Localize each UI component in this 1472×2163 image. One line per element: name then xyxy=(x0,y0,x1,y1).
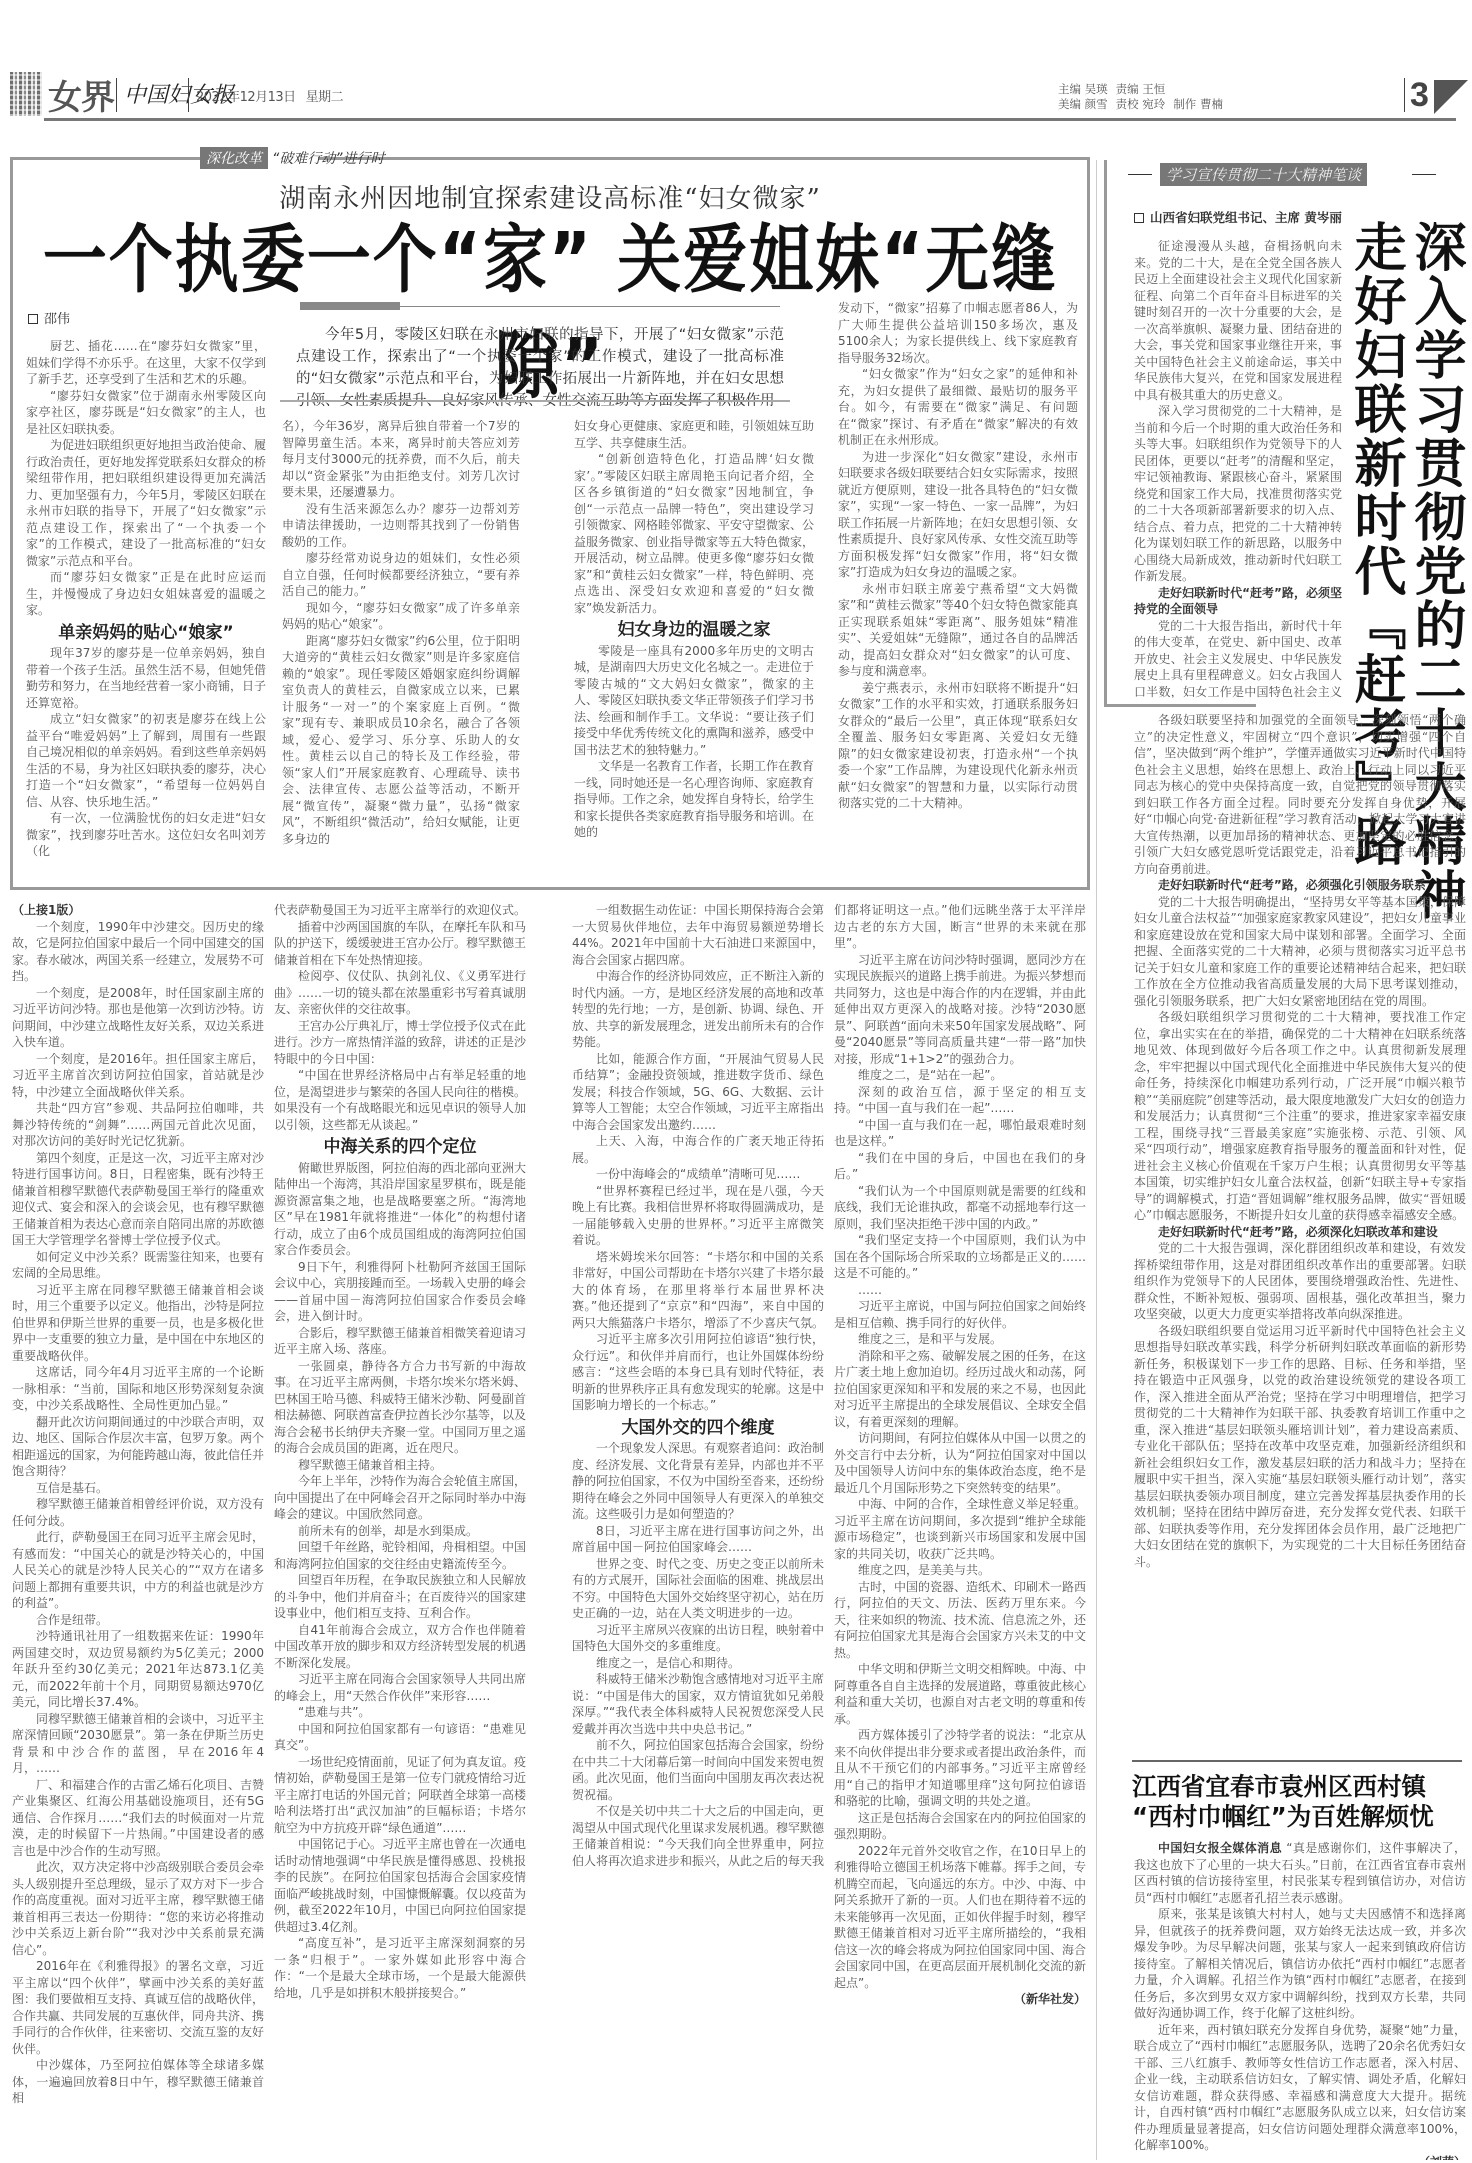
paragraph: 此次，双方决定将中沙高级别联合委员会牵头人级别提升至总理级，显示了双方对下一步合… xyxy=(12,1859,264,1958)
section-name: 女界 xyxy=(48,70,114,119)
paragraph: 而“廖芬妇女微家”正是在此时应运而生，并慢慢成了身边妇女姐妹喜爱的温暖之家。 xyxy=(26,569,266,619)
paragraph: 塔米姆埃米尔回答：“卡塔尔和中国的关系非常好，中国公司帮助在卡塔尔兴建了卡塔尔最… xyxy=(572,1249,824,1332)
brief-headline: 江西省宜春市袁州区西村镇 “西村巾帼红”为百姓解烦忧 xyxy=(1132,1772,1466,1832)
art-editor: 美编 颜雪 xyxy=(1058,97,1108,111)
brief-rule xyxy=(1132,1760,1462,1762)
paragraph: 党的二十大报告明确提出，“坚持男女平等基本国策，保障妇女儿童合法权益”“加强家庭… xyxy=(1134,894,1466,1010)
essay-column-wide: 各级妇联要坚持和加强党的全面领导，深刻领悟“两个确立”的决定性意义，牢固树立“四… xyxy=(1134,712,1466,1756)
paragraph: 今年上半年，沙特作为海合会轮值主席国，向中国提出了在中阿峰会召开之际同时举办中海… xyxy=(274,1473,526,1523)
brief-headline-line-1: 江西省宜春市袁州区西村镇 xyxy=(1132,1772,1466,1802)
brief-body: 中国妇女报全媒体消息 “真是感谢你们，这件事解决了，我这也放下了心里的一块大石头… xyxy=(1134,1840,1466,2160)
continued-from-tag: （上接1版） xyxy=(12,902,264,919)
paragraph: 成立“妇女微家”的初衷是廖芬在线上公益平台“唯爱妈妈”上了解到，周围有一些跟自己… xyxy=(26,711,266,810)
brief-signoff: （刘萌） xyxy=(1134,2154,1466,2161)
news-column-2: 代表萨勒曼国王为习近平主席举行的欢迎仪式。 插着中沙两国国旗的车队，在摩托车队和… xyxy=(274,902,526,2158)
paragraph: 9日下午，利雅得阿卜杜勒阿齐兹国王国际会议中心，宾朋接踵而至。一场载入史册的峰会… xyxy=(274,1259,526,1325)
column-tag-rule xyxy=(1412,174,1436,175)
producer: 制作 曹楠 xyxy=(1173,97,1223,111)
paragraph: “创新创造特色化，打造品牌‘妇女微家’。”零陵区妇联主席周艳玉向记者介绍，全区各… xyxy=(574,451,814,616)
paragraph: 西方媒体援引了沙特学者的说法：“北京从来不向伙伴提出非分要求或者提出政治条件，而… xyxy=(834,1727,1086,1810)
news-column-1: （上接1版） 一个刻度，1990年中沙建交。因历史的缘故，它是阿拉伯国家中最后一… xyxy=(12,902,264,2158)
paragraph: 访问期间，有阿拉伯媒体从中国一以贯之的外交言行中去分析，认为“阿拉伯国家对中国以… xyxy=(834,1430,1086,1496)
feature-column-4: 发动下，“微家”招募了巾帼志愿者86人，为广大师生提供公益培训150多场次，惠及… xyxy=(838,300,1078,883)
qr-code-icon[interactable] xyxy=(10,72,42,116)
paragraph: 各级妇联组织学习贯彻党的二十大精神，要找准工作定位，拿出实实在在的举措，确保党的… xyxy=(1134,1009,1466,1224)
paragraph: 一个刻度，是2008年，时任国家副主席的习近平访问沙特。那也是他第一次到访沙特。… xyxy=(12,985,264,1051)
paragraph: 一个现象发人深思。有观察者追问：政治制度、经济发展、文化背景有差异，内部也并不平… xyxy=(572,1440,824,1523)
paragraph: 维度之三，是和平与发展。 xyxy=(834,1331,1086,1348)
column-divider xyxy=(1096,160,1097,2160)
paragraph: 各级妇联要坚持和加强党的全面领导，深刻领悟“两个确立”的决定性意义，牢固树立“四… xyxy=(1134,712,1466,877)
divider xyxy=(188,78,189,112)
paragraph: 翻开此次访问期间通过的中沙联合声明，双边、地区、国际合作层次丰富，包罗万象。两个… xyxy=(12,1414,264,1480)
paragraph: 2022年元首外交收官之作，在10日早上的利雅得哈立德国王机场落下帷幕。挥手之间… xyxy=(834,1843,1086,1992)
paragraph: 廖芬经常劝说身边的姐妹们，女性必须自立自强，任何时候都要经济独立，“要有养活自己… xyxy=(282,550,520,600)
divider xyxy=(1404,78,1405,112)
paragraph: 党的二十大报告强调，深化群团组织改革和建设，有效发挥桥梁纽带作用，这是对群团组织… xyxy=(1134,1240,1466,1323)
paragraph: 古时，中国的瓷器、造纸术、印刷术一路西行，阿拉伯的天文、历法、医药万里东来。今天… xyxy=(834,1579,1086,1662)
paragraph: 习近平主席多次引用阿拉伯谚语“独行快，众行远”。和伙伴并肩而行，也让外国媒体纷纷… xyxy=(572,1331,824,1414)
responsible-editor: 责编 王恒 xyxy=(1116,82,1166,96)
paragraph: 王宫办公厅典礼厅，博士学位授予仪式在此进行。沙方一席热情洋溢的致辞，讲述的正是沙… xyxy=(274,1018,526,1068)
paragraph: “中国在世界经济格局中占有举足轻重的地位，是渴望进步与繁荣的各国人民向往的楷模。… xyxy=(274,1067,526,1133)
paragraph: 比如，能源合作方面，“开展油气贸易人民币结算”；金融投资领域，推进数字货币、绿色… xyxy=(572,1051,824,1134)
paragraph: 各级妇联组织要自觉运用习近平新时代中国特色社会主义思想指导妇联改革实践，科学分析… xyxy=(1134,1323,1466,1571)
paragraph: 中沙媒体，乃至阿拉伯媒体等全球诸多媒体，一遍遍回放着8日中午，穆罕默德王储兼首相 xyxy=(12,2057,264,2107)
paragraph: “我们认为一个中国原则就是需要的红线和底线，我们无论谁执政，都毫不动摇地奉行这一… xyxy=(834,1183,1086,1233)
paragraph: 中海、中阿的合作，全球性意义举足轻重。习近平主席在访问期间，多次提到“维护全球能… xyxy=(834,1496,1086,1562)
paragraph: 同穆罕默德王储兼首相的会谈中，习近平主席深情回顾“2030愿景”。第一条在伊斯兰… xyxy=(12,1711,264,1777)
paragraph: 妇女身心更健康、家庭更和睦，引领姐妹互助互学、共享健康生活。 xyxy=(574,418,814,451)
section-heading: 妇女身边的温暖之家 xyxy=(574,622,814,639)
paragraph: 不仅是关切中共二十大之后的中国走向，更渴望从中国式现代化里谋求发展机遇。穆罕默德… xyxy=(572,1803,824,1869)
paragraph: 中华文明和伊斯兰文明交相辉映。中海、中阿尊重各自自主选择的发展道路，尊重彼此核心… xyxy=(834,1661,1086,1727)
masthead: 女界 中国妇女报 2022年12月13日星期二 主编 吴瑛责编 王恒 美编 颜雪… xyxy=(8,72,1464,124)
paragraph: 互信是基石。 xyxy=(12,1480,264,1497)
paragraph: 维度之一，是信心和期待。 xyxy=(572,1655,824,1672)
column-tag: 学习宣传贯彻二十大精神笔谈 xyxy=(1160,163,1367,186)
paragraph: 征途漫漫从头越，奋楫扬帆向未来。党的二十大，是在全党全国各族人民迈上全面建设社会… xyxy=(1134,238,1342,403)
paragraph: 检阅亭、仪仗队、执剑礼仪、《义勇军进行曲》……一切的镜头都在浓墨重彩书写着真诚朋… xyxy=(274,968,526,1018)
paragraph: 穆罕默德王储兼首相主持。 xyxy=(274,1457,526,1474)
author-name: 邵伟 xyxy=(44,312,70,327)
paragraph: 中国和阿拉伯国家都有一句谚语：“患难见真交”。 xyxy=(274,1721,526,1754)
essay-subheading: 走好妇联新时代“赶考”路，必须坚持党的全面领导 xyxy=(1134,585,1342,618)
paragraph: 代表萨勒曼国王为习近平主席举行的欢迎仪式。 xyxy=(274,902,526,919)
summary-rule xyxy=(280,400,790,402)
column-tag-rule xyxy=(1128,174,1152,175)
paragraph: 这正是包括海合会国家在内的阿拉伯国家的强烈期盼。 xyxy=(834,1810,1086,1843)
paragraph: 深刻的政治互信，源于坚定的相互支持。“中国一直与我们在一起”…… xyxy=(834,1084,1086,1117)
paragraph: 前所未有的创举，却是水到渠成。 xyxy=(274,1523,526,1540)
paragraph: 党的二十大报告指出，新时代十年的伟大变革，在党史、新中国史、改革开放史、社会主义… xyxy=(1134,618,1342,699)
paragraph: 消除和平之殇、破解发展之困的任务，在这片广袤土地上愈加迫切。经历过战火和动荡，阿… xyxy=(834,1348,1086,1431)
paragraph: 一场世纪疫情面前，见证了何为真友谊。疫情初始，萨勒曼国王是第一位专门就疫情给习近… xyxy=(274,1754,526,1837)
kicker: 深化改革“破难行动”进行时 xyxy=(200,147,385,169)
essay-box-rule xyxy=(1104,160,1107,707)
author-name: 山西省妇联党组书记、主席 黄岑丽 xyxy=(1150,210,1342,225)
paragraph: 习近平主席在同海合会国家领导人共同出席的峰会上，用“天然合作伙伴”来形容…… xyxy=(274,1671,526,1704)
paragraph: 一组数据生动佐证：中国长期保持海合会第一大贸易伙伴地位，去年中海贸易额逆势增长4… xyxy=(572,902,824,968)
paragraph: 插着中沙两国国旗的车队，在摩托车队和马队的护送下，缓缓驶进王宫办公厅。穆罕默德王… xyxy=(274,919,526,969)
paragraph: 习近平主席夙兴夜寐的出访日程，映射着中国特色大国外交的多重维度。 xyxy=(572,1622,824,1655)
essay-column-narrow: 征途漫漫从头越，奋楫扬帆向未来。党的二十大，是在全党全国各族人民迈上全面建设社会… xyxy=(1134,238,1342,698)
paragraph: 一个刻度，是2016年。担任国家主席后，习近平主席首次到访阿拉伯国家，首站就是沙… xyxy=(12,1051,264,1101)
paragraph: 合作是纽带。 xyxy=(12,1612,264,1629)
paragraph: 维度之四，是美美与共。 xyxy=(834,1562,1086,1579)
paragraph: 上天、入海，中海合作的广袤天地正待拓展。 xyxy=(572,1133,824,1166)
paragraph: 回望百年历程，在争取民族独立和人民解放的斗争中，他们并肩奋斗；在百废待兴的国家建… xyxy=(274,1572,526,1622)
paragraph: “我们坚定支持一个中国原则，我们认为中国在各个国际场合所采取的立场都是正义的……… xyxy=(834,1232,1086,1282)
paragraph: 深入学习贯彻党的二十大精神，是当前和今后一个时期的重大政治任务和头等大事。妇联组… xyxy=(1134,403,1342,585)
paragraph: 中国铭记于心。习近平主席也曾在一次通电话时动情地强调“中华民族是懂得感恩、投桃报… xyxy=(274,1836,526,1935)
paragraph: 回望千年丝路，驼铃相闻，舟楫相望。中国和海湾阿拉伯国家的交往经由史籍流传至今。 xyxy=(274,1539,526,1572)
paragraph: 科威特王储米沙勒饱含感情地对习近平主席说：“中国是伟大的国家，双方情谊犹如兄弟般… xyxy=(572,1671,824,1737)
editor-credits: 主编 吴瑛责编 王恒 美编 颜雪责校 宛玲制作 曹楠 xyxy=(1058,82,1231,112)
kicker-text: “破难行动”进行时 xyxy=(272,151,385,167)
essay-author: 山西省妇联党组书记、主席 黄岑丽 xyxy=(1134,208,1342,226)
paragraph: 自41年前海合会成立，双方合作也伴随着中国改革开放的脚步和双方经济转型发展的机遇… xyxy=(274,1622,526,1672)
paragraph: 为促进妇联组织更好地担当政治使命、履行政治责任，更好地发挥党联系妇女群众的桥梁纽… xyxy=(26,437,266,569)
summary-rule xyxy=(300,302,400,310)
divider xyxy=(116,78,117,112)
kicker-tag: 深化改革 xyxy=(200,147,268,169)
date: 2022年12月13日 xyxy=(196,90,296,105)
paragraph: 前不久，阿拉伯国家包括海合会国家，纷纷在中共二十大闭幕后第一时间向中国发来贺电贺… xyxy=(572,1737,824,1803)
paragraph: 没有生活来源怎么办？廖芬一边帮刘芳申请法律援助，一边则帮其找到了一份销售酸奶的工… xyxy=(282,501,520,551)
paragraph: “我们在中国的身后，中国也在我们的身后。” xyxy=(834,1150,1086,1183)
article-summary: 今年5月，零陵区妇联在永州市妇联的指导下，开展了“妇女微家”示范点建设工作，探索… xyxy=(296,324,784,412)
paragraph: 中海合作的经济协同效应，正不断注入新的时代内涵。一方，是地区经济发展的高地和改革… xyxy=(572,968,824,1051)
news-column-3: 一组数据生动佐证：中国长期保持海合会第一大贸易伙伴地位，去年中海贸易额逆势增长4… xyxy=(572,902,824,2158)
masthead-rule xyxy=(44,118,1456,121)
paragraph: …… xyxy=(834,1282,1086,1299)
paragraph: 一份中海峰会的“成绩单”清晰可见…… xyxy=(572,1166,824,1183)
paragraph: 8日，习近平主席在进行国事访问之外，出席首届中国－阿拉伯国家峰会…… xyxy=(572,1523,824,1556)
paragraph: 姜宁燕表示，永州市妇联将不断提升“妇女微家”工作的水平和实效，打通联系服务妇女群… xyxy=(838,680,1078,812)
paragraph: 厨艺、插花……在“廖芬妇女微家”里，姐妹们学得不亦乐乎。在这里，大家不仅学到了新… xyxy=(26,338,266,388)
paragraph: 此行，萨勒曼国王在同习近平主席会见时，有感而发：“中国关心的就是沙特关心的，中国… xyxy=(12,1529,264,1612)
proofreader: 责校 宛玲 xyxy=(1116,97,1166,111)
paragraph: 名），今年36岁，离异后独自带着一个7岁的智障男童生活。本来，离异时前夫答应刘芳… xyxy=(282,418,520,501)
paragraph: 世界之变、时代之变、历史之变正以前所未有的方式展开，国际社会面临的困难、挑战层出… xyxy=(572,1556,824,1622)
paragraph: 距离“廖芬妇女微家”约6公里，位于阳明大道旁的“黄桂云妇女微家”则是许多家庭信赖… xyxy=(282,633,520,848)
paragraph: “患难与共”。 xyxy=(274,1704,526,1721)
brief-dateline: 中国妇女报全媒体消息 xyxy=(1158,1841,1282,1855)
chief-editor: 主编 吴瑛 xyxy=(1058,82,1108,96)
summary-rule xyxy=(400,306,780,307)
page-corner-triangle-icon xyxy=(1434,80,1468,114)
paragraph: 厂、和福建合作的古雷乙烯石化项目、吉赞产业集聚区、红海公用基础设施项目，还有5G… xyxy=(12,1777,264,1860)
paragraph: 如何定义中沙关系？既需鉴往知来，也要有宏阔的全局思维。 xyxy=(12,1249,264,1282)
paragraph: 这席话，同今年4月习近平主席的一个论断一脉相承：“当前，国际和地区形势深刻复杂演… xyxy=(12,1364,264,1414)
brief-headline-line-2: “西村巾帼红”为百姓解烦忧 xyxy=(1132,1802,1466,1832)
paragraph: 习近平主席在访问沙特时强调，愿同沙方在实现民族振兴的道路上携手前进。为振兴梦想而… xyxy=(834,952,1086,1068)
paragraph: 习近平主席说，中国与阿拉伯国家之间始终是相互信赖、携手同行的好伙伴。 xyxy=(834,1298,1086,1331)
paragraph: 维度之二，是“站在一起”。 xyxy=(834,1067,1086,1084)
section-heading: 中海关系的四个定位 xyxy=(274,1139,526,1156)
paragraph: 零陵是一座具有2000多年历史的文明古城，是湖南四大历史文化名城之一。走进位于零… xyxy=(574,643,814,759)
essay-subheading: 走好妇联新时代“赶考”路，必须强化引领服务联系 xyxy=(1134,877,1466,894)
paragraph: 近年来，西村镇妇联充分发挥自身优势，凝聚“她”力量，联合成立了“西村巾帼红”志愿… xyxy=(1134,2022,1466,2154)
paragraph: 2016年在《利雅得报》的署名文章，习近平主席以“四个伙伴”，擘画中沙关系的美好… xyxy=(12,1958,264,2057)
paragraph: 共赴“四方宫”参观、共品阿拉伯咖啡，共舞沙特传统的“剑舞”……两国元首此次见面，… xyxy=(12,1100,264,1150)
essay-subheading: 走好妇联新时代“赶考”路，必须深化妇联改革和建设 xyxy=(1134,1224,1466,1241)
paragraph: 沙特通讯社用了一组数据来佐证：1990年两国建交时，双边贸易额约为5亿美元；20… xyxy=(12,1628,264,1711)
news-column-4: 们都将证明这一点。”他们远眺坐落于太平洋岸边古老的东方大国，断言“世界的未来就在… xyxy=(834,902,1086,2158)
paragraph: 发动下，“微家”招募了巾帼志愿者86人，为广大师生提供公益培训150多场次，惠及… xyxy=(838,300,1078,366)
news-signoff: （新华社发） xyxy=(834,1991,1086,2008)
box-top-rule xyxy=(318,157,1090,160)
paragraph: “妇女微家”作为“妇女之家”的延伸和补充，为妇女提供了最细微、最贴切的服务平台。… xyxy=(838,366,1078,449)
byline: 邵伟 xyxy=(28,308,70,327)
paragraph: 永州市妇联主席姜宁燕希望“文大妈微家”和“黄桂云微家”等40个妇女特色微家能真正… xyxy=(838,581,1078,680)
paragraph: 一个刻度，1990年中沙建交。因历史的缘故，它是阿拉伯国家中最后一个同中国建交的… xyxy=(12,919,264,985)
paragraph: 第四个刻度，正是这一次，习近平主席对沙特进行国事访问。8日，日程密集，既有沙特王… xyxy=(12,1150,264,1249)
page-number: 3 xyxy=(1410,76,1429,115)
paragraph: “廖芬妇女微家”位于湖南永州零陵区向家亭社区，廖芬既是“妇女微家”的主人，也是社… xyxy=(26,388,266,438)
paragraph: 习近平主席在同穆罕默德王储兼首相会谈时，用三个重要予以定义。他指出，沙特是阿拉伯… xyxy=(12,1282,264,1365)
square-bullet-icon xyxy=(28,314,38,324)
section-heading: 大国外交的四个维度 xyxy=(572,1420,824,1437)
paragraph: 们都将证明这一点。”他们远眺坐落于太平洋岸边古老的东方大国，断言“世界的未来就在… xyxy=(834,902,1086,952)
paragraph: “高度互补”，是习近平主席深刻洞察的另一条“归根于”。一家外媒如此形容中海合作：… xyxy=(274,1935,526,2001)
feature-column-1: 厨艺、插花……在“廖芬妇女微家”里，姐妹们学得不亦乐乎。在这里，大家不仅学到了新… xyxy=(26,338,266,883)
feature-column-3: 妇女身心更健康、家庭更和睦，引领姐妹互助互学、共享健康生活。 “创新创造特色化，… xyxy=(574,418,814,883)
paragraph: 一张圆桌，静待各方合力书写新的中海故事。在习近平主席两侧，卡塔尔埃米尔塔米姆、巴… xyxy=(274,1358,526,1457)
box-top-rule xyxy=(10,157,200,160)
feature-column-2: 名），今年36岁，离异后独自带着一个7岁的智障男童生活。本来，离异时前夫答应刘芳… xyxy=(282,418,520,883)
paragraph: 现年37岁的廖芬是一位单亲妈妈，独自带着一个孩子生活。虽然生活不易，但她凭借勤劳… xyxy=(26,645,266,711)
issue-date: 2022年12月13日星期二 xyxy=(196,86,343,105)
weekday: 星期二 xyxy=(306,90,344,105)
paragraph: 文华是一名教育工作者，长期工作在教育一线，同时她还是一名心理咨询师、家庭教育指导… xyxy=(574,758,814,841)
essay-box-rule xyxy=(1104,704,1256,707)
paragraph: 有一次，一位满脸忧伤的妇女走进“妇女微家”，找到廖芬吐苦水。这位妇女名叫刘芳（化 xyxy=(26,810,266,860)
paragraph: 合影后，穆罕默德王储兼首相微笑着迎请习近平主席入场、落座。 xyxy=(274,1325,526,1358)
paragraph: 穆罕默德王储兼首相曾经评价说，双方没有任何分歧。 xyxy=(12,1496,264,1529)
square-bullet-icon xyxy=(1134,213,1144,223)
paragraph: 原来，张某是该镇大村村人，她与丈夫因感情不和选择离异，但就孩子的抚养费问题，双方… xyxy=(1134,1906,1466,2022)
paragraph: “世界杯赛程已经过半，现在是八强，今天晚上有比赛。我相信世界杯将取得圆满成功，是… xyxy=(572,1183,824,1249)
section-heading: 单亲妈妈的贴心“娘家” xyxy=(26,625,266,642)
paragraph: 为进一步深化“妇女微家”建设，永州市妇联要求各级妇联要结合妇女实际需求，按照就近… xyxy=(838,449,1078,581)
paragraph: 俯瞰世界版图，阿拉伯海的西北部向亚洲大陆伸出一个海湾，其沿岸国家星罗棋布，既是能… xyxy=(274,1160,526,1259)
paragraph: 现如今，“廖芬妇女微家”成了许多单亲妈妈的贴心“娘家”。 xyxy=(282,600,520,633)
paragraph: “中国一直与我们在一起，哪怕最艰难时刻也是这样。” xyxy=(834,1117,1086,1150)
